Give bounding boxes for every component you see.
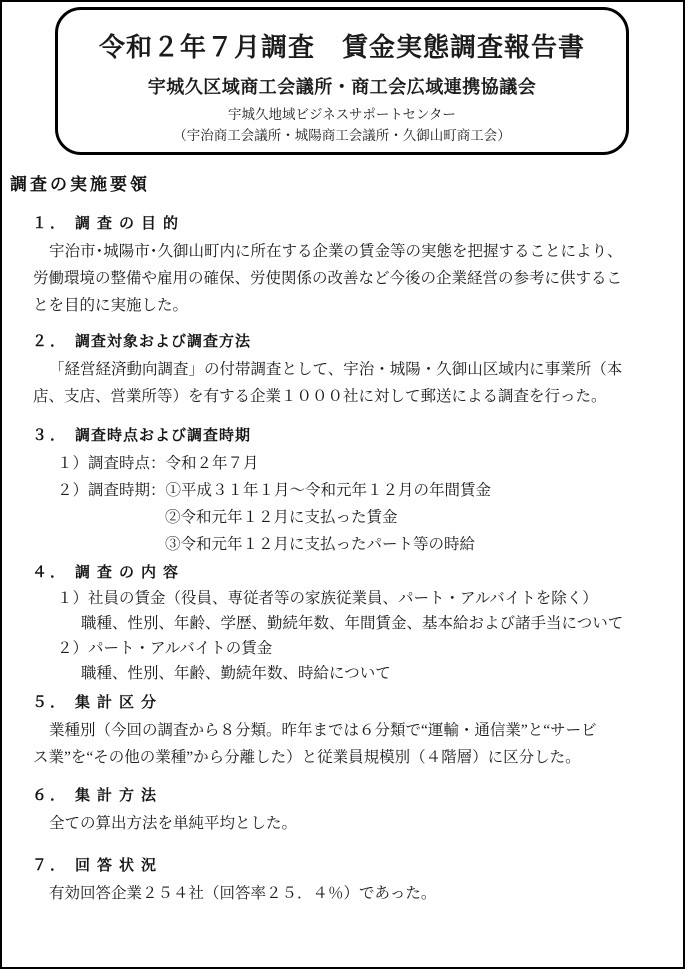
section-6-tabulation-method: ６．集計方法 全ての算出方法を単純平均とした。 (2, 785, 683, 837)
section-7-paragraph: 有効回答企業２５４社（回答率２５．４％）であった。 (33, 880, 661, 907)
section-3-timing: ３．調査時点および調査時期 １）調査時点：令和２年７月 ２）調査時期：①平成３１… (2, 425, 683, 558)
section-7-heading: ７．回答状況 (32, 855, 683, 876)
paragraph-line: 「経営経済動向調査」の付帯調査として、宇治・城陽・久御山区域内に事業所（本 (33, 356, 661, 383)
paragraph-line: 有効回答企業２５４社（回答率２５．４％）であった。 (33, 880, 661, 907)
support-center-name: 宇城久地域ビジネスサポートセンター (58, 103, 626, 123)
list-item: 職種、性別、年齢、学歴、勤続年数、年間賃金、基本給および諸手当について (57, 611, 663, 636)
list-item: ②令和元年１２月に支払った賃金 (57, 504, 663, 531)
section-title: 調査時点および調査時期 (75, 427, 251, 444)
list-item: ③令和元年１２月に支払ったパート等の時給 (57, 531, 663, 558)
section-5-tabulation-category: ５．集計区分 業種別（今回の調査から８分類。昨年までは６分類で“運輸・通信業”と… (2, 692, 683, 771)
section-number: ４． (32, 564, 68, 581)
organization-name: 宇城久区域商工会議所・商工会広域連携協議会 (58, 73, 626, 99)
section-title: 調査の内容 (75, 564, 185, 581)
section-number: ３． (32, 427, 68, 444)
list-item: １）社員の賃金（役員、専従者等の家族従業員、パート・アルバイトを除く） (57, 586, 663, 611)
section-3-heading: ３．調査時点および調査時期 (32, 425, 683, 446)
document-page: 令和２年７月調査 賃金実態調査報告書 宇城久区域商工会議所・商工会広域連携協議会… (0, 0, 685, 969)
paragraph-line: ス業”を“その他の業種”から分離した）と従業員規模別（４階層）に区分した。 (33, 744, 661, 771)
main-heading: 調査の実施要領 (10, 174, 683, 196)
section-title: 集計区分 (75, 694, 163, 711)
paragraph-line: 店、支店、営業所等）を有する企業１０００社に対して郵送による調査を行った。 (33, 383, 661, 410)
section-2-paragraph: 「経営経済動向調査」の付帯調査として、宇治・城陽・久御山区域内に事業所（本 店、… (33, 356, 661, 410)
section-4-list: １）社員の賃金（役員、専従者等の家族従業員、パート・アルバイトを除く） 職種、性… (57, 586, 663, 686)
section-7-response-status: ７．回答状況 有効回答企業２５４社（回答率２５．４％）であった。 (2, 855, 683, 907)
section-number: ７． (32, 857, 68, 874)
paragraph-line: 全ての算出方法を単純平均とした。 (33, 810, 661, 837)
paragraph-line: 宇治市･城陽市･久御山町内に所在する企業の賃金等の実態を把握することにより、 (33, 238, 661, 265)
section-title: 調査対象および調査方法 (75, 333, 251, 350)
section-number: ５． (32, 694, 68, 711)
section-4-contents: ４．調査の内容 １）社員の賃金（役員、専従者等の家族従業員、パート・アルバイトを… (2, 562, 683, 686)
section-5-paragraph: 業種別（今回の調査から８分類。昨年までは６分類で“運輸・通信業”と“サービ ス業… (33, 717, 661, 771)
section-title: 集計方法 (75, 787, 163, 804)
member-organizations: （宇治商工会議所・城陽商工会議所・久御山町商工会） (58, 124, 626, 144)
section-4-heading: ４．調査の内容 (32, 562, 683, 583)
section-number: １． (32, 215, 68, 232)
section-2-target-method: ２．調査対象および調査方法 「経営経済動向調査」の付帯調査として、宇治・城陽・久… (2, 331, 683, 410)
section-6-paragraph: 全ての算出方法を単純平均とした。 (33, 810, 661, 837)
section-number: ６． (32, 787, 68, 804)
section-number: ２． (32, 333, 68, 350)
paragraph-line: とを目的に実施した。 (33, 292, 661, 319)
title-box: 令和２年７月調査 賃金実態調査報告書 宇城久区域商工会議所・商工会広域連携協議会… (55, 7, 629, 155)
section-1-purpose: １．調査の目的 宇治市･城陽市･久御山町内に所在する企業の賃金等の実態を把握する… (2, 213, 683, 319)
section-3-list: １）調査時点：令和２年７月 ２）調査時期：①平成３１年１月～令和元年１２月の年間… (57, 450, 663, 558)
list-item: ２）パート・アルバイトの賃金 (57, 636, 663, 661)
paragraph-line: 労働環境の整備や雇用の確保、労使関係の改善など今後の企業経営の参考に供するこ (33, 265, 661, 292)
list-item: １）調査時点：令和２年７月 (57, 450, 663, 477)
section-title: 調査の目的 (75, 215, 185, 232)
section-6-heading: ６．集計方法 (32, 785, 683, 806)
section-2-heading: ２．調査対象および調査方法 (32, 331, 683, 352)
section-title: 回答状況 (75, 857, 163, 874)
list-item: 職種、性別、年齢、勤続年数、時給について (57, 661, 663, 686)
section-1-paragraph: 宇治市･城陽市･久御山町内に所在する企業の賃金等の実態を把握することにより、 労… (33, 238, 661, 319)
section-1-heading: １．調査の目的 (32, 213, 683, 234)
paragraph-line: 業種別（今回の調査から８分類。昨年までは６分類で“運輸・通信業”と“サービ (33, 717, 661, 744)
list-item: ２）調査時期：①平成３１年１月～令和元年１２月の年間賃金 (57, 477, 663, 504)
section-5-heading: ５．集計区分 (32, 692, 683, 713)
report-title: 令和２年７月調査 賃金実態調査報告書 (58, 27, 626, 64)
